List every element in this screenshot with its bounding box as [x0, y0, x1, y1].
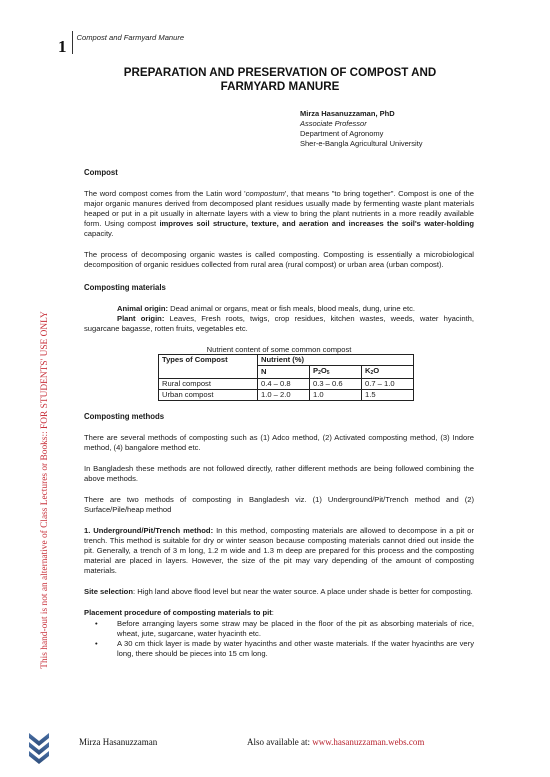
table-row: Urban compost1.0 – 2.01.01.5: [159, 390, 414, 401]
table-cell-p: 0.3 – 0.6: [310, 379, 362, 390]
document-body: Compost The word compost comes from the …: [84, 168, 474, 659]
title-line-1: PREPARATION AND PRESERVATION OF COMPOST …: [80, 66, 480, 80]
title-line-2: FARMYARD MANURE: [80, 80, 480, 94]
nutrient-table: Types of Compost Nutrient (%) N P2O5 K2O…: [158, 354, 414, 401]
header-divider: [72, 31, 73, 54]
placement-list: Before arranging layers some straw may b…: [84, 619, 474, 659]
table-cell-k: 1.5: [362, 390, 414, 401]
paragraph-composting-process: The process of decomposing organic waste…: [84, 250, 474, 270]
chevron-logo-icon: [28, 731, 50, 765]
site-selection-label: Site selection: [84, 587, 133, 596]
author-name: Mirza Hasanuzzaman, PhD: [300, 109, 423, 119]
paragraph-methods-list: There are several methods of composting …: [84, 433, 474, 453]
author-department: Department of Agronomy: [300, 129, 423, 139]
table-row: Rural compost0.4 – 0.80.3 – 0.60.7 – 1.0: [159, 379, 414, 390]
page-number: 1: [58, 36, 67, 58]
placement-heading: Placement procedure of composting materi…: [84, 608, 474, 618]
table-cell-type: Urban compost: [159, 390, 258, 401]
side-watermark: This hand-out is not an alternative of C…: [40, 235, 50, 745]
heading-compost: Compost: [84, 168, 474, 178]
col-header-p2o5: P2O5: [310, 366, 362, 379]
footer-availability: Also available at: www.hasanuzzaman.webs…: [247, 737, 424, 747]
pit-method-label: 1. Underground/Pit/Trench method:: [84, 526, 213, 535]
running-title: Compost and Farmyard Manure: [77, 33, 185, 42]
table-cell-n: 0.4 – 0.8: [258, 379, 310, 390]
text: capacity.: [84, 229, 113, 238]
author-role: Associate Professor: [300, 119, 423, 129]
text: : High land above flood level but near t…: [133, 587, 473, 596]
placement-label: Placement procedure of composting materi…: [84, 608, 272, 617]
website-link[interactable]: www.hasanuzzaman.webs.com: [312, 737, 424, 747]
col-header-nutrient: Nutrient (%): [258, 355, 414, 366]
col-header-k2o: K2O: [362, 366, 414, 379]
latin-term: compostum: [246, 189, 285, 198]
table-cell-k: 0.7 – 1.0: [362, 379, 414, 390]
table-cell-p: 1.0: [310, 390, 362, 401]
paragraph-bangladesh-methods: In Bangladesh these methods are not foll…: [84, 464, 474, 484]
paragraph-site-selection: Site selection: High land above flood le…: [84, 587, 474, 597]
list-item: Before arranging layers some straw may b…: [117, 619, 474, 639]
author-block: Mirza Hasanuzzaman, PhD Associate Profes…: [300, 109, 423, 149]
animal-origin-label: Animal origin:: [117, 304, 168, 313]
paragraph-pit-method: 1. Underground/Pit/Trench method: In thi…: [84, 526, 474, 576]
table-cell-n: 1.0 – 2.0: [258, 390, 310, 401]
page-header: 1 Compost and Farmyard Manure: [58, 31, 184, 55]
paragraph-compost-definition: The word compost comes from the Latin wo…: [84, 189, 474, 239]
text: The word compost comes from the Latin wo…: [84, 189, 246, 198]
author-university: Sher-e-Bangla Agricultural University: [300, 139, 423, 149]
paragraph-animal-origin: Animal origin: Dead animal or organs, me…: [84, 304, 474, 314]
col-header-type: Types of Compost: [159, 355, 258, 379]
emphasis: improves soil structure, texture, and ae…: [159, 219, 474, 228]
heading-composting-methods: Composting methods: [84, 412, 474, 422]
col-header-n: N: [258, 366, 310, 379]
footer-author: Mirza Hasanuzzaman: [79, 737, 157, 747]
plant-origin-label: Plant origin:: [117, 314, 164, 323]
table-caption: Nutrient content of some common compost: [84, 345, 474, 354]
table-cell-type: Rural compost: [159, 379, 258, 390]
paragraph-two-methods: There are two methods of composting in B…: [84, 495, 474, 515]
table-body: Rural compost0.4 – 0.80.3 – 0.60.7 – 1.0…: [159, 379, 414, 401]
document-title: PREPARATION AND PRESERVATION OF COMPOST …: [80, 66, 480, 94]
paragraph-plant-origin: Plant origin: Leaves, Fresh roots, twigs…: [84, 314, 474, 334]
availability-label: Also available at:: [247, 737, 312, 747]
text: Dead animal or organs, meat or fish meal…: [168, 304, 415, 313]
list-item: A 30 cm thick layer is made by water hya…: [117, 639, 474, 659]
heading-composting-materials: Composting materials: [84, 283, 474, 293]
